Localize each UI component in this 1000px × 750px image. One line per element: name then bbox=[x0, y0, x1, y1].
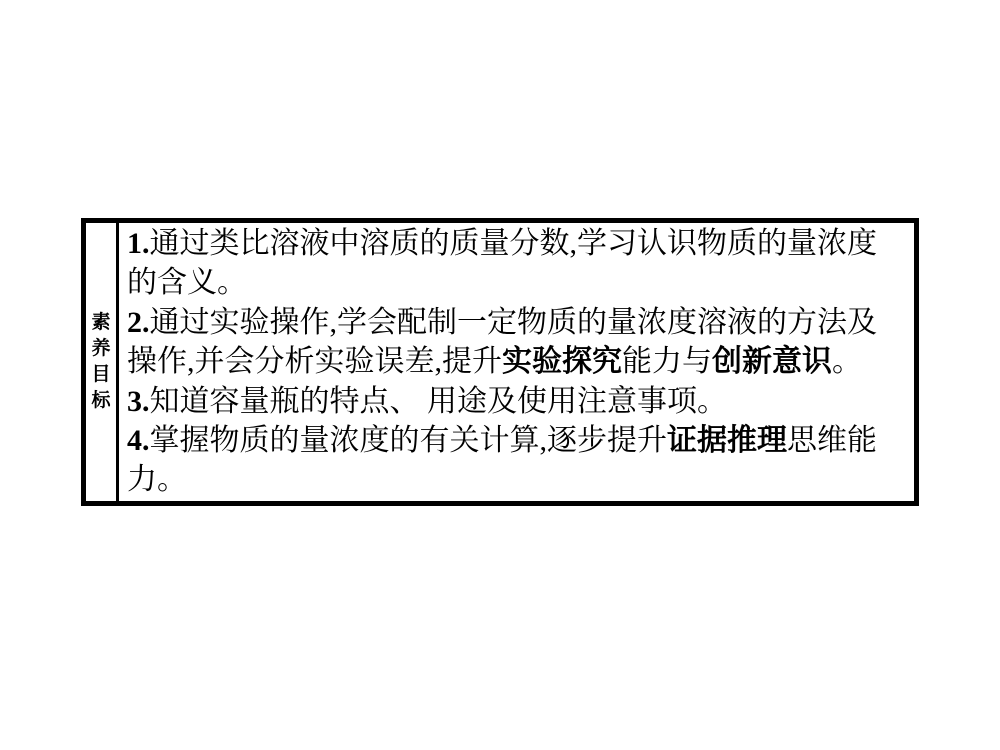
item-number: 4. bbox=[127, 424, 150, 457]
goal-keyword: 实验探究 bbox=[502, 345, 622, 378]
goal-text: 能力与 bbox=[622, 345, 712, 378]
panel-title-column: 素养目标 bbox=[86, 223, 119, 501]
goal-text: 知道容量瓶的特点、 用途及使用注意事项。 bbox=[150, 385, 728, 418]
goal-text: 力。 bbox=[127, 463, 187, 496]
slide-canvas: 素养目标 1.通过类比溶液中溶质的质量分数,学习认识物质的量浓度 的含义。 2.… bbox=[0, 0, 1000, 750]
item-number: 3. bbox=[127, 385, 150, 418]
goal-line: 力。 bbox=[127, 460, 910, 499]
goal-line: 1.通过类比溶液中溶质的质量分数,学习认识物质的量浓度 bbox=[127, 224, 910, 263]
panel-title: 素养目标 bbox=[92, 310, 111, 414]
goal-keyword: 证据推理 bbox=[667, 424, 787, 457]
goal-line: 3.知道容量瓶的特点、 用途及使用注意事项。 bbox=[127, 382, 910, 421]
objectives-content: 1.通过类比溶液中溶质的质量分数,学习认识物质的量浓度 的含义。 2.通过实验操… bbox=[119, 223, 914, 501]
objectives-panel: 素养目标 1.通过类比溶液中溶质的质量分数,学习认识物质的量浓度 的含义。 2.… bbox=[81, 218, 919, 506]
item-number: 1. bbox=[127, 227, 150, 260]
goal-line: 2.通过实验操作,学会配制一定物质的量浓度溶液的方法及 bbox=[127, 303, 910, 342]
goal-text: 。 bbox=[832, 345, 862, 378]
goal-line: 操作,并会分析实验误差,提升实验探究能力与创新意识。 bbox=[127, 342, 910, 381]
goal-line: 4.掌握物质的量浓度的有关计算,逐步提升证据推理思维能 bbox=[127, 421, 910, 460]
goal-text: 通过类比溶液中溶质的质量分数,学习认识物质的量浓度 bbox=[150, 227, 878, 260]
item-number: 2. bbox=[127, 306, 150, 339]
goal-keyword: 创新意识 bbox=[712, 345, 832, 378]
goal-text: 通过实验操作,学会配制一定物质的量浓度溶液的方法及 bbox=[150, 306, 878, 339]
goal-text: 的含义。 bbox=[127, 266, 247, 299]
goal-text: 思维能 bbox=[787, 424, 877, 457]
goal-text: 操作,并会分析实验误差,提升 bbox=[127, 345, 502, 378]
goal-line: 的含义。 bbox=[127, 263, 910, 302]
goal-text: 掌握物质的量浓度的有关计算,逐步提升 bbox=[150, 424, 668, 457]
